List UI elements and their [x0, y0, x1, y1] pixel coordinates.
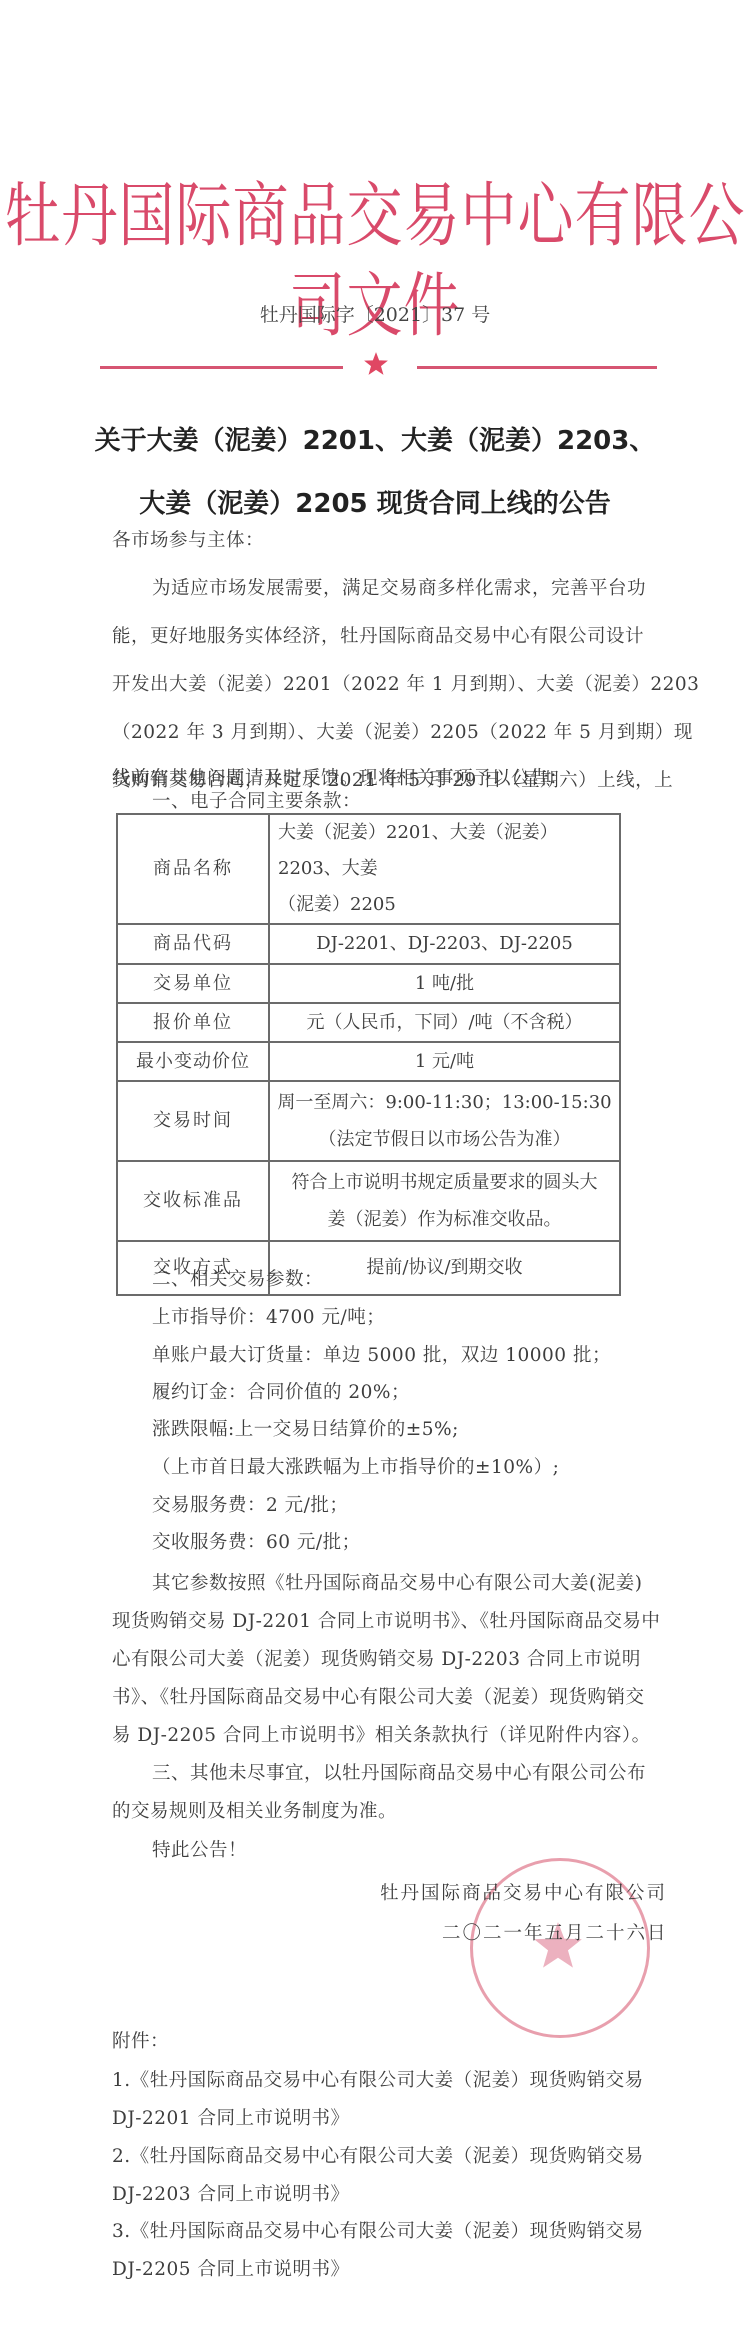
signature-date: 二〇二一年五月二十六日: [442, 1919, 668, 1945]
red-divider-left: [100, 366, 343, 369]
intro-line: 为适应市场发展需要，满足交易商多样化需求，完善平台功: [152, 577, 692, 601]
section3-line: 三、其他未尽事宜，以牡丹国际商品交易中心有限公司公布: [152, 1762, 692, 1786]
term-key: 交易单位: [117, 964, 269, 1003]
term-value: 1 元/吨: [269, 1042, 620, 1081]
term-key: 最小变动价位: [117, 1042, 269, 1081]
term-value-line: 姜（泥姜）作为标准交收品。: [274, 1201, 615, 1238]
other-params-line: 书》、《牡丹国际商品交易中心有限公司大姜（泥姜）现货购销交: [112, 1686, 652, 1710]
section3-line: 的交易规则及相关业务制度为准。: [112, 1800, 652, 1824]
other-params-line: 其它参数按照《牡丹国际商品交易中心有限公司大姜(泥姜): [152, 1572, 692, 1596]
star-icon: [363, 351, 389, 377]
param-line: 交收服务费：60 元/批；: [152, 1531, 692, 1555]
term-value: 符合上市说明书规定质量要求的圆头大 姜（泥姜）作为标准交收品。: [269, 1161, 620, 1241]
attachment-item: DJ-2205 合同上市说明书》: [112, 2258, 652, 2282]
term-value-line: 大姜（泥姜）2201、大姜（泥姜）2203、大姜: [278, 815, 611, 887]
table-row: 交易时间 周一至周六：9:00-11:30；13:00-15:30 （法定节假日…: [117, 1081, 620, 1161]
red-divider-right: [417, 366, 657, 369]
term-value: 元（人民币，下同）/吨（不含税）: [269, 1003, 620, 1042]
section2-heading: 二、相关交易参数：: [152, 1268, 692, 1292]
term-value: 周一至周六：9:00-11:30；13:00-15:30 （法定节假日以市场公告…: [269, 1081, 620, 1161]
intro-line: 能，更好地服务实体经济，牡丹国际商品交易中心有限公司设计: [112, 625, 652, 649]
term-value: 1 吨/批: [269, 964, 620, 1003]
attachment-item: DJ-2203 合同上市说明书》: [112, 2183, 652, 2207]
attachment-item: DJ-2201 合同上市说明书》: [112, 2107, 652, 2131]
term-value-line: （法定节假日以市场公告为准）: [274, 1121, 615, 1158]
table-row: 最小变动价位 1 元/吨: [117, 1042, 620, 1081]
term-value: DJ-2201、DJ-2203、DJ-2205: [269, 924, 620, 964]
table-row: 交收标准品 符合上市说明书规定质量要求的圆头大 姜（泥姜）作为标准交收品。: [117, 1161, 620, 1241]
param-line: （上市首日最大涨跌幅为上市指导价的±10%）;: [152, 1456, 692, 1480]
attachment-item: 3.《牡丹国际商品交易中心有限公司大姜（泥姜）现货购销交易: [112, 2220, 652, 2244]
term-key: 交易时间: [117, 1081, 269, 1161]
notice-title-line-1: 关于大姜（泥姜）2201、大姜（泥姜）2203、: [0, 420, 750, 457]
other-params-line: 现货购销交易 DJ-2201 合同上市说明书》、《牡丹国际商品交易中: [112, 1610, 652, 1634]
table-row: 报价单位 元（人民币，下同）/吨（不含税）: [117, 1003, 620, 1042]
term-key: 商品代码: [117, 924, 269, 964]
document-number: 牡丹国际字〔2021〕37 号: [0, 300, 750, 327]
closing-text: 特此公告！: [152, 1839, 692, 1863]
param-line: 涨跌限幅:上一交易日结算价的±5%;: [152, 1418, 692, 1442]
param-line: 上市指导价：4700 元/吨；: [152, 1306, 692, 1330]
table-row: 商品名称 大姜（泥姜）2201、大姜（泥姜）2203、大姜 （泥姜）2205: [117, 814, 620, 924]
term-value-line: 符合上市说明书规定质量要求的圆头大: [274, 1164, 615, 1201]
term-value-line: 周一至周六：9:00-11:30；13:00-15:30: [274, 1084, 615, 1121]
signature-company: 牡丹国际商品交易中心有限公司: [380, 1879, 667, 1905]
intro-line: 开发出大姜（泥姜）2201（2022 年 1 月到期）、大姜（泥姜）2203: [112, 673, 652, 697]
term-key: 交收标准品: [117, 1161, 269, 1241]
intro-line-last: 线前有其他问题请及时反馈。现将相关事项予以公告：: [112, 767, 652, 791]
contract-terms-table: 商品名称 大姜（泥姜）2201、大姜（泥姜）2203、大姜 （泥姜）2205 商…: [116, 813, 621, 1296]
intro-line: （2022 年 3 月到期）、大姜（泥姜）2205（2022 年 5 月到期）现: [112, 721, 652, 745]
param-line: 履约订金：合同价值的 20%；: [152, 1381, 692, 1405]
table-row: 交易单位 1 吨/批: [117, 964, 620, 1003]
param-line: 单账户最大订货量：单边 5000 批，双边 10000 批；: [152, 1344, 692, 1368]
section1-heading: 一、电子合同主要条款：: [152, 790, 692, 814]
other-params-line: 心有限公司大姜（泥姜）现货购销交易 DJ-2203 合同上市说明: [112, 1648, 652, 1672]
param-line: 交易服务费：2 元/批；: [152, 1494, 692, 1518]
term-key: 商品名称: [117, 814, 269, 924]
salutation: 各市场参与主体：: [112, 529, 652, 553]
attachment-item: 1.《牡丹国际商品交易中心有限公司大姜（泥姜）现货购销交易: [112, 2069, 652, 2093]
attachments-label: 附件：: [112, 2030, 652, 2054]
table-row: 商品代码 DJ-2201、DJ-2203、DJ-2205: [117, 924, 620, 964]
other-params-line: 易 DJ-2205 合同上市说明书》相关条款执行（详见附件内容）。: [112, 1724, 652, 1748]
attachment-item: 2.《牡丹国际商品交易中心有限公司大姜（泥姜）现货购销交易: [112, 2145, 652, 2169]
notice-title-line-2: 大姜（泥姜）2205 现货合同上线的公告: [0, 483, 750, 520]
term-value: 大姜（泥姜）2201、大姜（泥姜）2203、大姜 （泥姜）2205: [269, 814, 620, 924]
term-key: 报价单位: [117, 1003, 269, 1042]
term-value-line: （泥姜）2205: [278, 887, 611, 923]
